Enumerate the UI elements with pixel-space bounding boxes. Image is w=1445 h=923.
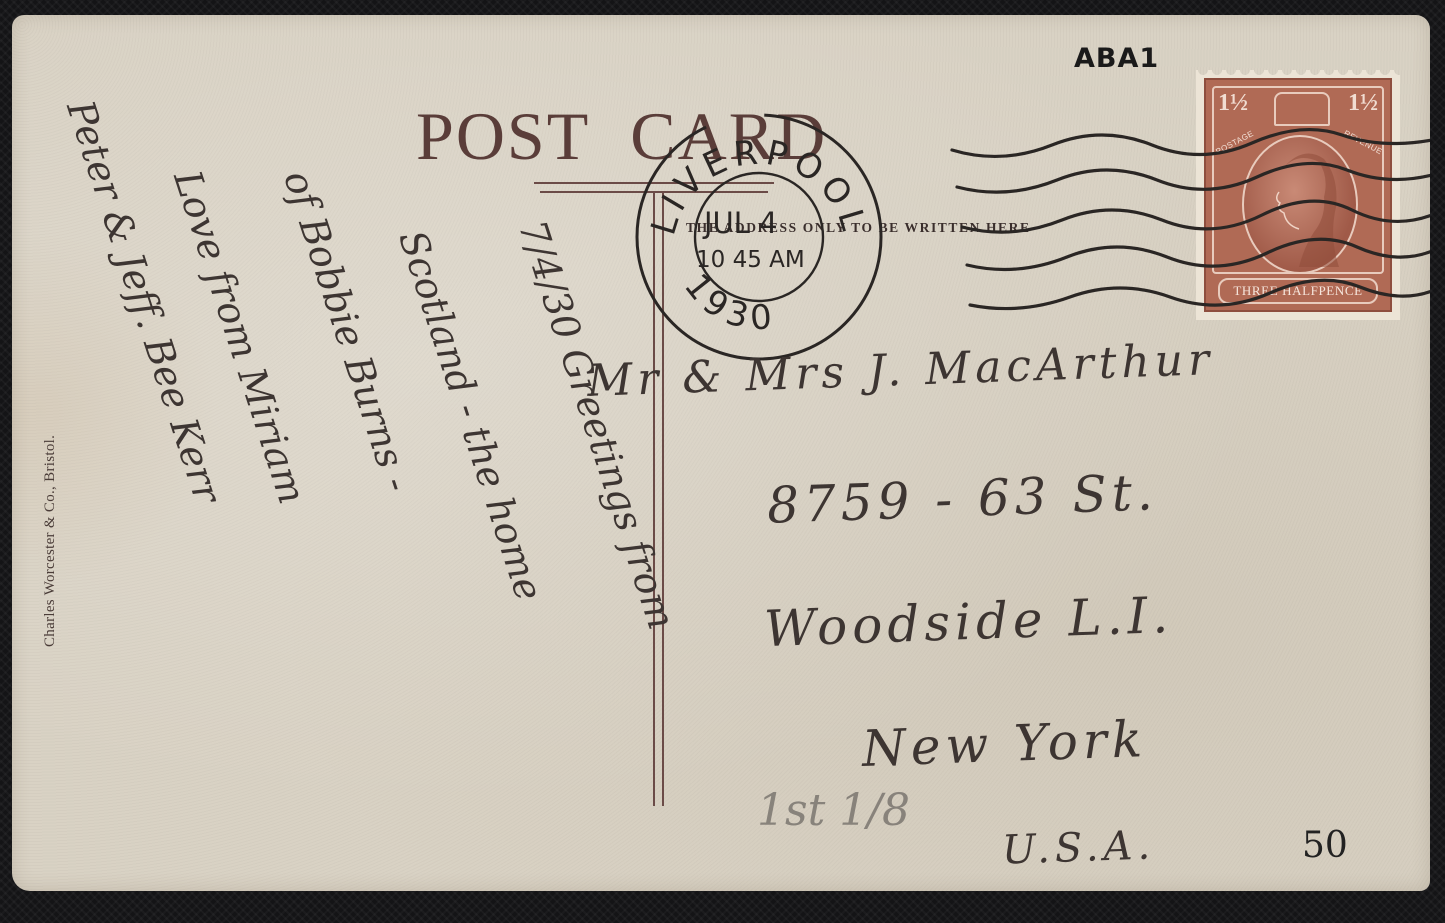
postmark-time: 10 45 AM <box>696 247 805 273</box>
address-line-city: New York <box>861 710 1148 778</box>
postmark-cancellation: JUL 4 10 45 AM LIVERPOOL 1930 <box>12 15 1430 891</box>
postmark-year: 1930 <box>676 266 779 338</box>
corner-number: 50 <box>1302 825 1348 866</box>
pencil-note: 1st 1/8 <box>757 785 910 836</box>
svg-text:1930: 1930 <box>676 266 779 338</box>
postcard: POSTCARD THE ADDRESS ONLY TO BE WRITTEN … <box>12 15 1430 891</box>
postmark-date: JUL 4 <box>702 206 778 240</box>
address-line-country: U.S.A. <box>1001 822 1156 873</box>
wavy-cancel-lines <box>952 130 1430 309</box>
